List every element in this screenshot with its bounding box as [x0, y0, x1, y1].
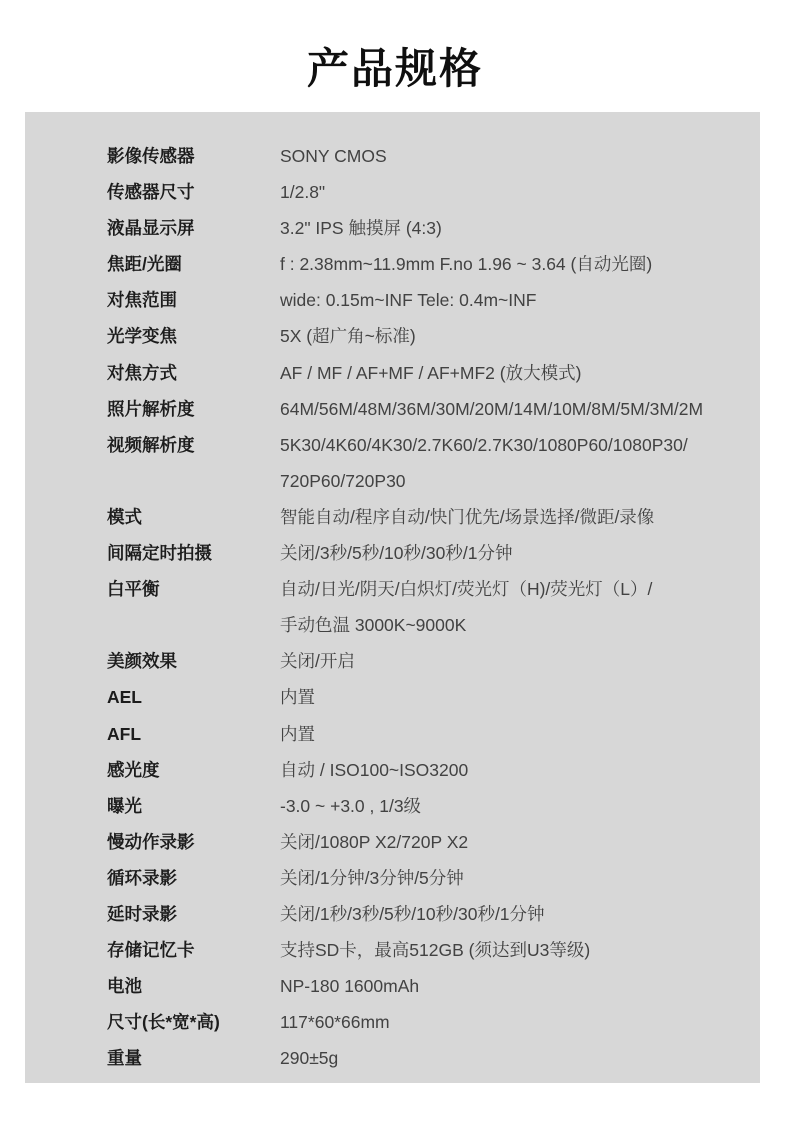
- product-spec-page: 产品规格 影像传感器 SONY CMOS 传感器尺寸 1/2.8" 液晶显示屏 …: [0, 0, 790, 1123]
- page-title: 产品规格: [0, 42, 790, 97]
- spec-label: AEL: [107, 679, 280, 715]
- spec-value: 3.2" IPS 触摸屏 (4:3): [280, 210, 746, 246]
- spec-label: 电池: [107, 968, 280, 1004]
- spec-row: 重量 290±5g: [107, 1040, 746, 1076]
- spec-table: 影像传感器 SONY CMOS 传感器尺寸 1/2.8" 液晶显示屏 3.2" …: [107, 138, 746, 1076]
- spec-label: 传感器尺寸: [107, 174, 280, 210]
- spec-value: f : 2.38mm~11.9mm F.no 1.96 ~ 3.64 (自动光圈…: [280, 246, 746, 282]
- spec-label: 焦距/光圈: [107, 246, 280, 282]
- spec-row: 影像传感器 SONY CMOS: [107, 138, 746, 174]
- spec-row: AEL 内置: [107, 679, 746, 715]
- spec-value: 117*60*66mm: [280, 1004, 746, 1040]
- spec-value: wide: 0.15m~INF Tele: 0.4m~INF: [280, 282, 746, 318]
- spec-label: 对焦方式: [107, 355, 280, 391]
- spec-value: AF / MF / AF+MF / AF+MF2 (放大模式): [280, 355, 746, 391]
- spec-value: 1/2.8": [280, 174, 746, 210]
- spec-value: 自动/日光/阴天/白炽灯/荧光灯（H)/荧光灯（L）/ 手动色温 3000K~9…: [280, 571, 746, 643]
- spec-value: 关闭/1080P X2/720P X2: [280, 824, 746, 860]
- spec-panel: 影像传感器 SONY CMOS 传感器尺寸 1/2.8" 液晶显示屏 3.2" …: [25, 112, 760, 1083]
- spec-row: 光学变焦 5X (超广角~标准): [107, 318, 746, 354]
- spec-row: 曝光 -3.0 ~ +3.0 , 1/3级: [107, 788, 746, 824]
- spec-value: 64M/56M/48M/36M/30M/20M/14M/10M/8M/5M/3M…: [280, 391, 746, 427]
- spec-row: 循环录影 关闭/1分钟/3分钟/5分钟: [107, 860, 746, 896]
- spec-label: 重量: [107, 1040, 280, 1076]
- spec-value: SONY CMOS: [280, 138, 746, 174]
- spec-row: 尺寸(长*宽*高) 117*60*66mm: [107, 1004, 746, 1040]
- spec-label: 液晶显示屏: [107, 210, 280, 246]
- spec-label: 曝光: [107, 788, 280, 824]
- spec-row: 美颜效果 关闭/开启: [107, 643, 746, 679]
- spec-label: 对焦范围: [107, 282, 280, 318]
- spec-row: 间隔定时拍摄 关闭/3秒/5秒/10秒/30秒/1分钟: [107, 535, 746, 571]
- spec-value: 智能自动/程序自动/快门优先/场景选择/微距/录像: [280, 499, 746, 535]
- spec-label: 循环录影: [107, 860, 280, 896]
- spec-value: 关闭/开启: [280, 643, 746, 679]
- spec-row: 焦距/光圈 f : 2.38mm~11.9mm F.no 1.96 ~ 3.64…: [107, 246, 746, 282]
- spec-row: 慢动作录影 关闭/1080P X2/720P X2: [107, 824, 746, 860]
- spec-label: 影像传感器: [107, 138, 280, 174]
- spec-label: 尺寸(长*宽*高): [107, 1004, 280, 1040]
- spec-row: 对焦方式 AF / MF / AF+MF / AF+MF2 (放大模式): [107, 355, 746, 391]
- spec-row: 对焦范围 wide: 0.15m~INF Tele: 0.4m~INF: [107, 282, 746, 318]
- spec-value: 290±5g: [280, 1040, 746, 1076]
- spec-value: 5K30/4K60/4K30/2.7K60/2.7K30/1080P60/108…: [280, 427, 746, 499]
- spec-label: 感光度: [107, 752, 280, 788]
- spec-row: 延时录影 关闭/1秒/3秒/5秒/10秒/30秒/1分钟: [107, 896, 746, 932]
- spec-value: 自动 / ISO100~ISO3200: [280, 752, 746, 788]
- spec-label: 存储记忆卡: [107, 932, 280, 968]
- spec-row: 电池 NP-180 1600mAh: [107, 968, 746, 1004]
- spec-row: 白平衡 自动/日光/阴天/白炽灯/荧光灯（H)/荧光灯（L）/ 手动色温 300…: [107, 571, 746, 643]
- spec-row: 液晶显示屏 3.2" IPS 触摸屏 (4:3): [107, 210, 746, 246]
- spec-row: 模式 智能自动/程序自动/快门优先/场景选择/微距/录像: [107, 499, 746, 535]
- spec-value: 关闭/1分钟/3分钟/5分钟: [280, 860, 746, 896]
- spec-value: 内置: [280, 679, 746, 715]
- spec-value: NP-180 1600mAh: [280, 968, 746, 1004]
- spec-label: 慢动作录影: [107, 824, 280, 860]
- spec-value: 内置: [280, 716, 746, 752]
- spec-label: AFL: [107, 716, 280, 752]
- spec-value: 5X (超广角~标准): [280, 318, 746, 354]
- spec-label: 光学变焦: [107, 318, 280, 354]
- spec-label: 间隔定时拍摄: [107, 535, 280, 571]
- spec-row: AFL 内置: [107, 716, 746, 752]
- spec-row: 视频解析度 5K30/4K60/4K30/2.7K60/2.7K30/1080P…: [107, 427, 746, 499]
- spec-row: 传感器尺寸 1/2.8": [107, 174, 746, 210]
- spec-value: 支持SD卡，最高512GB (须达到U3等级): [280, 932, 746, 968]
- spec-value: -3.0 ~ +3.0 , 1/3级: [280, 788, 746, 824]
- spec-value: 关闭/3秒/5秒/10秒/30秒/1分钟: [280, 535, 746, 571]
- spec-label: 白平衡: [107, 571, 280, 607]
- spec-row: 存储记忆卡 支持SD卡，最高512GB (须达到U3等级): [107, 932, 746, 968]
- spec-row: 照片解析度 64M/56M/48M/36M/30M/20M/14M/10M/8M…: [107, 391, 746, 427]
- spec-value: 关闭/1秒/3秒/5秒/10秒/30秒/1分钟: [280, 896, 746, 932]
- spec-label: 延时录影: [107, 896, 280, 932]
- spec-label: 模式: [107, 499, 280, 535]
- spec-label: 照片解析度: [107, 391, 280, 427]
- spec-row: 感光度 自动 / ISO100~ISO3200: [107, 752, 746, 788]
- spec-label: 视频解析度: [107, 427, 280, 463]
- spec-label: 美颜效果: [107, 643, 280, 679]
